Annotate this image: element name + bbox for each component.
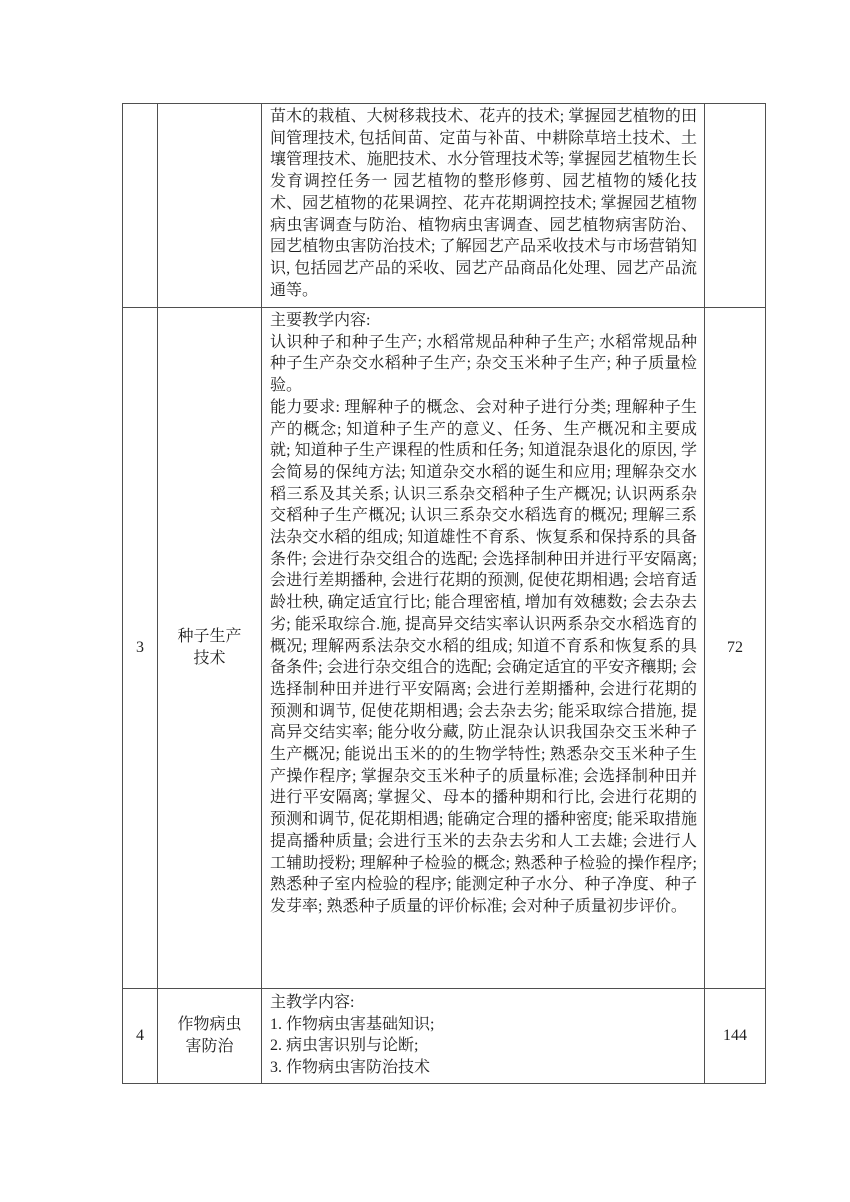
table-row-seed-production: 3 种子生产技术 主要教学内容: 认识种子和种子生产; 水稻常规品种种子生产; … [123, 308, 766, 989]
table-row-continuation: 苗木的栽植、大树移栽技术、花卉的技术; 掌握园艺植物的田间管理技术, 包括间苗、… [123, 104, 766, 308]
content-paragraph: 主教学内容: [270, 992, 697, 1014]
document-page: 苗木的栽植、大树移栽技术、花卉的技术; 掌握园艺植物的田间管理技术, 包括间苗、… [0, 0, 850, 1202]
content-paragraph: 2. 病虫害识别与论断; [270, 1035, 697, 1057]
content-paragraph: 能力要求: 理解种子的概念、会对种子进行分类; 理解种子生产的概念; 知道种子生… [270, 397, 697, 918]
content-paragraph: 苗木的栽植、大树移栽技术、花卉的技术; 掌握园艺植物的田间管理技术, 包括间苗、… [270, 106, 697, 301]
teaching-content-cell: 苗木的栽植、大树移栽技术、花卉的技术; 掌握园艺植物的田间管理技术, 包括间苗、… [262, 104, 705, 308]
teaching-content-cell: 主要教学内容: 认识种子和种子生产; 水稻常规品种种子生产; 水稻常规品种种子生… [262, 308, 705, 989]
course-name-cell: 作物病虫害防治 [158, 989, 262, 1084]
row-number-cell [123, 104, 158, 308]
content-paragraph: 3. 作物病虫害防治技术 [270, 1057, 697, 1079]
content-paragraph: 主要教学内容: [270, 310, 697, 332]
course-name-cell: 种子生产技术 [158, 308, 262, 989]
teaching-content: 苗木的栽植、大树移栽技术、花卉的技术; 掌握园艺植物的田间管理技术, 包括间苗、… [262, 104, 704, 306]
course-name-cell [158, 104, 262, 308]
course-name: 作物病虫害防治 [176, 1014, 243, 1058]
row-number-cell: 3 [123, 308, 158, 989]
teaching-content: 主教学内容: 1. 作物病虫害基础知识; 2. 病虫害识别与论断; 3. 作物病… [262, 989, 704, 1082]
course-name: 种子生产技术 [176, 626, 243, 670]
hours-cell: 144 [705, 989, 766, 1084]
hours-cell: 72 [705, 308, 766, 989]
course-content-table: 苗木的栽植、大树移栽技术、花卉的技术; 掌握园艺植物的田间管理技术, 包括间苗、… [122, 103, 766, 1084]
content-paragraph: 认识种子和种子生产; 水稻常规品种种子生产; 水稻常规品种种子生产杂交水稻种子生… [270, 332, 697, 397]
row-number-cell: 4 [123, 989, 158, 1084]
content-paragraph: 1. 作物病虫害基础知识; [270, 1014, 697, 1036]
teaching-content: 主要教学内容: 认识种子和种子生产; 水稻常规品种种子生产; 水稻常规品种种子生… [262, 308, 704, 987]
teaching-content-cell: 主教学内容: 1. 作物病虫害基础知识; 2. 病虫害识别与论断; 3. 作物病… [262, 989, 705, 1084]
table-row-pest-control: 4 作物病虫害防治 主教学内容: 1. 作物病虫害基础知识; 2. 病虫害识别与… [123, 989, 766, 1084]
hours-cell [705, 104, 766, 308]
